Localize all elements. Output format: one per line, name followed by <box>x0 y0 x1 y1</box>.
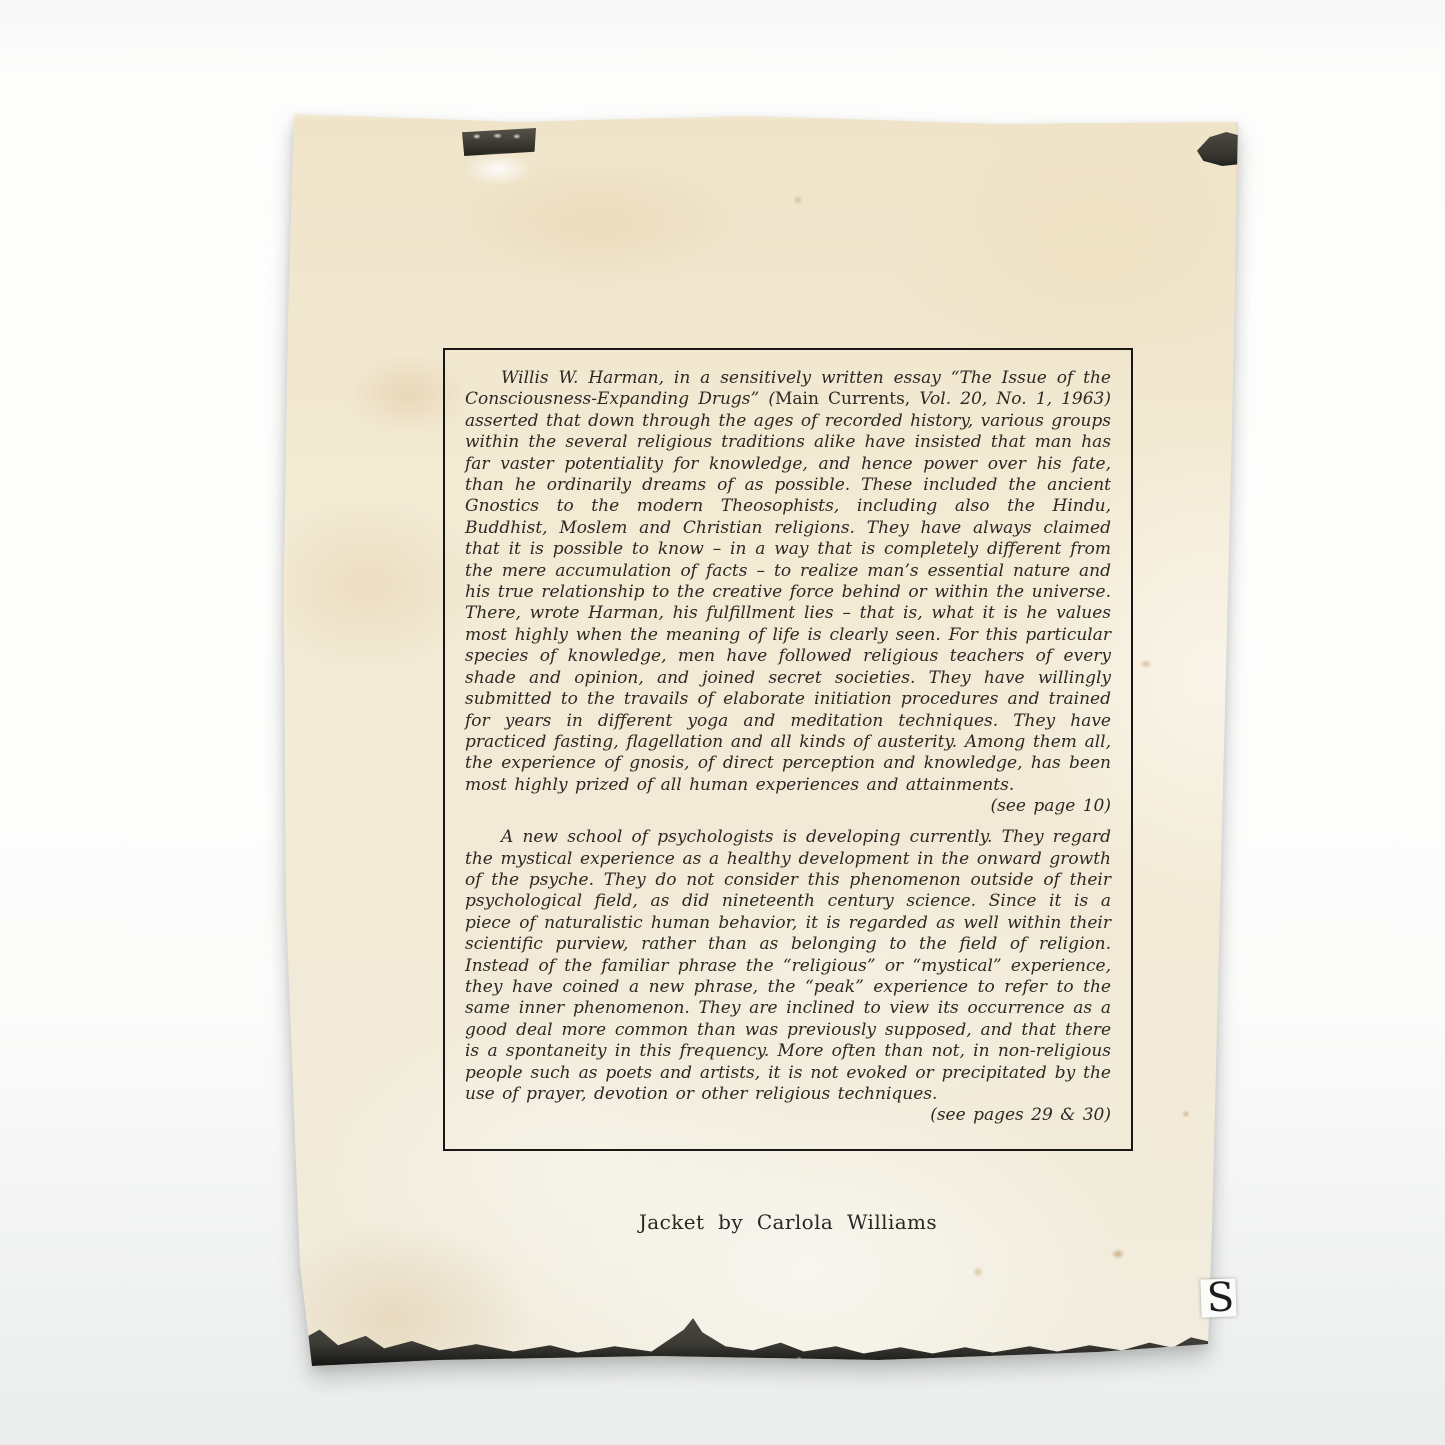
jacket-scuff-top-left <box>464 152 532 186</box>
exposed-board-bottom-edge <box>292 1314 1214 1366</box>
book-back-jacket: Willis W. Harman, in a sensitively writt… <box>278 104 1240 1370</box>
blurb-segment-roman: Main Currents, <box>775 389 910 409</box>
blurb-segment-italic: A new school of psychologists is develop… <box>465 827 1111 1104</box>
photo-backdrop: Willis W. Harman, in a sensitively writt… <box>0 0 1445 1445</box>
blurb-segment-italic: Vol. 20, No. 1, 1963) asserted that down… <box>465 389 1111 794</box>
blurb-paragraph: A new school of psychologists is develop… <box>465 827 1111 1105</box>
book-shadow-wrapper: Willis W. Harman, in a sensitively writt… <box>0 0 1445 1445</box>
blurb-paragraph: Willis W. Harman, in a sensitively writt… <box>465 368 1111 796</box>
page-reference: (see page 10) <box>954 796 1111 817</box>
jacket-credit-line: Jacket by Carlola Williams <box>443 1210 1133 1234</box>
spine-label-sticker: S <box>1200 1278 1236 1317</box>
spine-label-letter: S <box>1206 1278 1235 1317</box>
jacket-chip-top-right <box>1197 132 1239 166</box>
page-reference: (see pages 29 & 30) <box>894 1105 1111 1126</box>
jacket-blurb-frame: Willis W. Harman, in a sensitively writt… <box>443 348 1133 1151</box>
